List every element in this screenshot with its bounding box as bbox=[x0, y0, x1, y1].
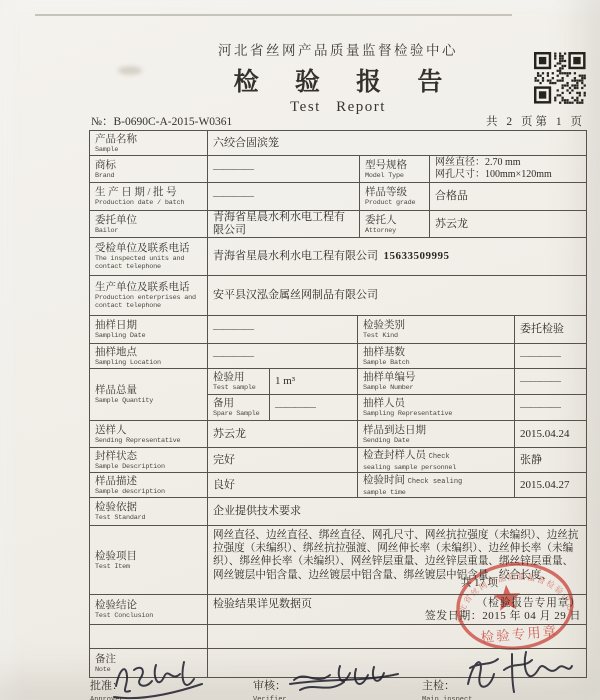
qr-module bbox=[564, 65, 566, 67]
approver-block: 批准： Approver bbox=[90, 676, 124, 700]
qr-module bbox=[584, 75, 586, 77]
qr-module bbox=[537, 75, 539, 77]
field-value bbox=[208, 625, 587, 649]
qr-module bbox=[554, 65, 556, 67]
qr-module bbox=[552, 77, 554, 79]
qr-module bbox=[576, 102, 578, 104]
qr-module bbox=[581, 77, 583, 79]
qr-module bbox=[564, 72, 566, 74]
qr-module bbox=[576, 99, 578, 101]
qr-module bbox=[574, 84, 576, 86]
report-number-line: №：B-0690C-A-2015-W0361 共 2 页第 1 页 bbox=[91, 113, 585, 129]
qr-code-icon bbox=[534, 52, 588, 104]
field-label: 检验时间 Check sealing sample time bbox=[358, 473, 515, 498]
qr-module bbox=[576, 82, 578, 84]
main-inspector-block: 主检： Main inspect bbox=[422, 676, 472, 700]
qr-module bbox=[564, 60, 566, 62]
qr-module bbox=[562, 60, 564, 62]
qr-module bbox=[566, 89, 568, 91]
field-label: 抽样日期 Sampling Date bbox=[90, 316, 208, 344]
issue-date: 签发日期：2015 年 04 月 29 日 bbox=[425, 610, 581, 623]
qr-module bbox=[554, 97, 556, 99]
qr-module bbox=[554, 57, 556, 59]
qr-module bbox=[576, 87, 578, 89]
field-label: 抽样基数 Sample Batch bbox=[358, 344, 515, 369]
qr-module bbox=[559, 60, 561, 62]
field-label: 型号规格 Model Type bbox=[360, 156, 430, 183]
field-label: 抽样人员 Sampling Representative bbox=[358, 395, 515, 421]
qr-module bbox=[557, 80, 559, 82]
row-note: 备注 Note bbox=[90, 649, 587, 678]
field-value: 完好 bbox=[208, 448, 358, 473]
row-production-date-grade: 生 产 日 期 / 批 号 Production date / batch ——… bbox=[90, 183, 587, 211]
qr-module bbox=[584, 84, 586, 86]
qr-module bbox=[562, 55, 564, 57]
row-test-standard: 检验依据 Test Standard 企业提供技术要求 bbox=[90, 498, 587, 526]
row-test-items: 检验项目 Test Item 网丝直径、边丝直径、绑丝直径、网孔尺寸、网丝抗拉强… bbox=[90, 526, 587, 595]
qr-module bbox=[581, 99, 583, 101]
qr-module bbox=[566, 99, 568, 101]
qr-module bbox=[566, 84, 568, 86]
row-conclusion-spacer bbox=[90, 625, 587, 649]
qr-module bbox=[574, 87, 576, 89]
qr-module bbox=[579, 80, 581, 82]
qr-module bbox=[566, 75, 568, 77]
field-label: 检验类别 Test Kind bbox=[358, 316, 515, 344]
qr-module bbox=[542, 72, 544, 74]
qr-module bbox=[557, 75, 559, 77]
field-value: 委托检验 bbox=[515, 316, 587, 344]
row-inspected-unit: 受检单位及联系电话 The inspected units and contac… bbox=[90, 238, 587, 276]
qr-module bbox=[562, 80, 564, 82]
field-value: 网丝直径：2.70 mm 网孔尺寸：100mm×120mm bbox=[430, 156, 587, 183]
row-sample-quantity: 样品总量 Sample Quantity 检验用 Test sample 1 m… bbox=[90, 369, 587, 421]
qr-module bbox=[552, 72, 554, 74]
field-value: 1 m³ bbox=[270, 369, 358, 395]
issue-block: （检验报告专用章） 签发日期：2015 年 04 月 29 日 bbox=[425, 597, 581, 623]
qr-module bbox=[554, 99, 556, 101]
row-sample-description: 样品描述 Sample description 良好 检验时间 Check se… bbox=[90, 473, 587, 498]
qr-module bbox=[581, 80, 583, 82]
qr-module bbox=[554, 53, 556, 55]
qr-module bbox=[542, 80, 544, 82]
qr-module bbox=[559, 102, 561, 104]
qr-module bbox=[584, 94, 586, 96]
qr-module bbox=[566, 72, 568, 74]
field-value bbox=[208, 649, 587, 678]
qr-module bbox=[557, 70, 559, 72]
subrow-spare-sample: 备用 Spare Sample ———— 抽样人员 Sampling Repre… bbox=[208, 395, 587, 421]
field-value: ———— bbox=[208, 156, 360, 183]
qr-module bbox=[557, 62, 559, 64]
row-brand-model: 商标 Brand ———— 型号规格 Model Type 网丝直径：2.70 … bbox=[90, 156, 587, 183]
qr-module bbox=[535, 80, 537, 82]
qr-module bbox=[562, 92, 564, 94]
qr-module bbox=[539, 91, 546, 98]
field-value: ———— bbox=[208, 344, 358, 369]
field-label: 检验用 Test sample bbox=[208, 369, 270, 395]
field-label: 委托单位 Bailor bbox=[90, 211, 208, 238]
field-value: 合格品 bbox=[430, 183, 587, 211]
field-label: 送样人 Sending Representative bbox=[90, 421, 208, 448]
row-product-name: 产品名称 Sample 六绞合固滨笼 bbox=[90, 131, 587, 156]
qr-module bbox=[535, 77, 537, 79]
qr-module bbox=[564, 102, 566, 104]
row-test-conclusion: 检验结论 Test Conclusion 检验结果详见数据页 （检验报告专用章）… bbox=[90, 595, 587, 625]
qr-module bbox=[564, 84, 566, 86]
qr-module bbox=[574, 80, 576, 82]
qr-module bbox=[579, 94, 581, 96]
qr-module bbox=[559, 72, 561, 74]
qr-module bbox=[581, 75, 583, 77]
field-label: 抽样地点 Sampling Location bbox=[90, 344, 208, 369]
field-label: 检查封样人员 Check sealing sample personnel bbox=[358, 448, 515, 473]
field-label: 生 产 日 期 / 批 号 Production date / batch bbox=[90, 183, 208, 211]
row-bailor-attorney: 委托单位 Bailor 青海省星晨水利水电工程有限公司 委托人 Attorney… bbox=[90, 211, 587, 238]
field-label: 受检单位及联系电话 The inspected units and contac… bbox=[90, 238, 208, 276]
field-label: 检验依据 Test Standard bbox=[90, 498, 208, 526]
qr-module bbox=[584, 92, 586, 94]
field-value: 张静 bbox=[515, 448, 587, 473]
qr-module bbox=[562, 57, 564, 59]
qr-module bbox=[557, 89, 559, 91]
qr-module bbox=[539, 57, 546, 64]
subrow-test-sample: 检验用 Test sample 1 m³ 抽样单编号 Sample Number… bbox=[208, 369, 587, 395]
qr-module bbox=[576, 97, 578, 99]
qr-module bbox=[547, 75, 549, 77]
report-number: №：B-0690C-A-2015-W0361 bbox=[91, 116, 232, 128]
field-value: 网丝直径、边丝直径、绑丝直径、网孔尺寸、网丝抗拉强度（未编织）、边丝抗拉强度（未… bbox=[208, 526, 587, 595]
field-value: 良好 bbox=[208, 473, 358, 498]
field-value: 2015.04.24 bbox=[515, 421, 587, 448]
qr-module bbox=[562, 99, 564, 101]
field-label: 委托人 Attorney bbox=[360, 211, 430, 238]
qr-module bbox=[564, 53, 566, 55]
qr-module bbox=[566, 82, 568, 84]
field-value: 企业提供技术要求 bbox=[208, 498, 587, 526]
qr-module bbox=[576, 84, 578, 86]
qr-module bbox=[576, 80, 578, 82]
page-info: 共 2 页第 1 页 bbox=[486, 113, 585, 129]
field-label: 备用 Spare Sample bbox=[208, 395, 270, 421]
qr-module bbox=[542, 77, 544, 79]
field-label: 样品总量 Sample Quantity bbox=[90, 369, 208, 421]
qr-module bbox=[562, 65, 564, 67]
qr-module bbox=[559, 57, 561, 59]
qr-module bbox=[574, 72, 576, 74]
field-label: 抽样单编号 Sample Number bbox=[358, 369, 515, 395]
qr-module bbox=[562, 72, 564, 74]
qr-module bbox=[562, 67, 564, 69]
qr-module bbox=[549, 80, 551, 82]
qr-module bbox=[571, 89, 573, 91]
field-label: 备注 Note bbox=[90, 649, 208, 678]
qr-module bbox=[571, 80, 573, 82]
qr-module bbox=[554, 82, 556, 84]
field-value: ———— bbox=[270, 395, 358, 421]
qr-module bbox=[569, 92, 571, 94]
field-value: ———— bbox=[208, 316, 358, 344]
qr-module bbox=[569, 102, 571, 104]
qr-module bbox=[552, 82, 554, 84]
field-label: 检验结论 Test Conclusion bbox=[90, 595, 208, 625]
field-value: 青海省星晨水利水电工程有限公司 15633509995 bbox=[208, 238, 587, 276]
qr-module bbox=[559, 62, 561, 64]
row-sealing-state: 封样状态 Sample Description 完好 检查封样人员 Check … bbox=[90, 448, 587, 473]
qr-module bbox=[549, 82, 551, 84]
qr-module bbox=[571, 84, 573, 86]
phone-number: 15633509995 bbox=[384, 250, 450, 262]
field-value: 检验结果详见数据页 （检验报告专用章） 签发日期：2015 年 04 月 29 … bbox=[208, 595, 587, 625]
field-value: 苏云龙 bbox=[430, 211, 587, 238]
row-production-unit: 生产单位及联系电话 Production enterprises and con… bbox=[90, 276, 587, 316]
qr-module bbox=[574, 99, 576, 101]
qr-module bbox=[569, 72, 571, 74]
qr-module bbox=[537, 80, 539, 82]
test-items-count: 共 17 项 bbox=[461, 575, 498, 590]
qr-module bbox=[564, 99, 566, 101]
field-value: 2015.04.27 bbox=[515, 473, 587, 498]
qr-module bbox=[554, 55, 556, 57]
qr-module bbox=[573, 57, 580, 64]
field-label: 产品名称 Sample bbox=[90, 131, 208, 156]
field-label: 商标 Brand bbox=[90, 156, 208, 183]
field-label: 检验项目 Test Item bbox=[90, 526, 208, 595]
field-value: 六绞合固滨笼 bbox=[208, 131, 587, 156]
qr-module bbox=[569, 87, 571, 89]
qr-module bbox=[579, 102, 581, 104]
qr-module bbox=[579, 75, 581, 77]
field-value: ———— bbox=[515, 395, 587, 421]
qr-module bbox=[571, 97, 573, 99]
qr-module bbox=[559, 70, 561, 72]
field-label: 生产单位及联系电话 Production enterprises and con… bbox=[90, 276, 208, 316]
field-label: 样品描述 Sample description bbox=[90, 473, 208, 498]
qr-module bbox=[559, 55, 561, 57]
field-label: 封样状态 Sample Description bbox=[90, 448, 208, 473]
field-value: 青海省星晨水利水电工程有限公司 bbox=[208, 211, 360, 238]
qr-module bbox=[562, 77, 564, 79]
qr-module bbox=[571, 102, 573, 104]
field-value: 安平县汉泓金属丝网制品有限公司 bbox=[208, 276, 587, 316]
qr-module bbox=[557, 94, 559, 96]
qr-module bbox=[584, 77, 586, 79]
qr-module bbox=[574, 77, 576, 79]
field-label bbox=[90, 625, 208, 649]
qr-module bbox=[547, 72, 549, 74]
report-table: 产品名称 Sample 六绞合固滨笼 商标 Brand ———— 型号规格 Mo… bbox=[89, 130, 587, 678]
qr-module bbox=[559, 94, 561, 96]
field-label: 样品等级 Product grade bbox=[360, 183, 430, 211]
seal-note: （检验报告专用章） bbox=[425, 597, 581, 610]
qr-module bbox=[559, 53, 561, 55]
field-value: 苏云龙 bbox=[208, 421, 358, 448]
qr-module bbox=[559, 67, 561, 69]
qr-module bbox=[559, 80, 561, 82]
qr-module bbox=[537, 72, 539, 74]
verifier-block: 审核： Verifier bbox=[253, 676, 287, 700]
qr-module bbox=[581, 82, 583, 84]
qr-module bbox=[562, 97, 564, 99]
qr-module bbox=[539, 75, 541, 77]
sample-quantity-subrows: 检验用 Test sample 1 m³ 抽样单编号 Sample Number… bbox=[208, 369, 587, 421]
qr-module bbox=[579, 92, 581, 94]
scan-edge-line bbox=[35, 14, 512, 16]
qr-module bbox=[581, 102, 583, 104]
row-sampling-location-batch: 抽样地点 Sampling Location ———— 抽样基数 Sample … bbox=[90, 344, 587, 369]
field-value: ———— bbox=[515, 369, 587, 395]
field-value: ———— bbox=[515, 344, 587, 369]
qr-module bbox=[581, 87, 583, 89]
report-title: 检 验 报 告 bbox=[90, 62, 586, 98]
org-name: 河北省丝网产品质量监督检验中心 bbox=[90, 39, 586, 59]
qr-module bbox=[547, 80, 549, 82]
qr-module bbox=[562, 84, 564, 86]
qr-module bbox=[576, 92, 578, 94]
qr-module bbox=[566, 102, 568, 104]
field-value: ———— bbox=[208, 183, 360, 211]
qr-module bbox=[562, 87, 564, 89]
row-sender-arrival: 送样人 Sending Representative 苏云龙 样品到达日期 Se… bbox=[90, 421, 587, 448]
row-sampling-date-kind: 抽样日期 Sampling Date ———— 检验类别 Test Kind 委… bbox=[90, 316, 587, 344]
scanned-test-report-page: 河北省丝网产品质量监督检验中心 检 验 报 告 Test Report №：B-… bbox=[0, 0, 600, 700]
qr-module bbox=[539, 82, 541, 84]
field-label: 样品到达日期 Sending Date bbox=[358, 421, 515, 448]
